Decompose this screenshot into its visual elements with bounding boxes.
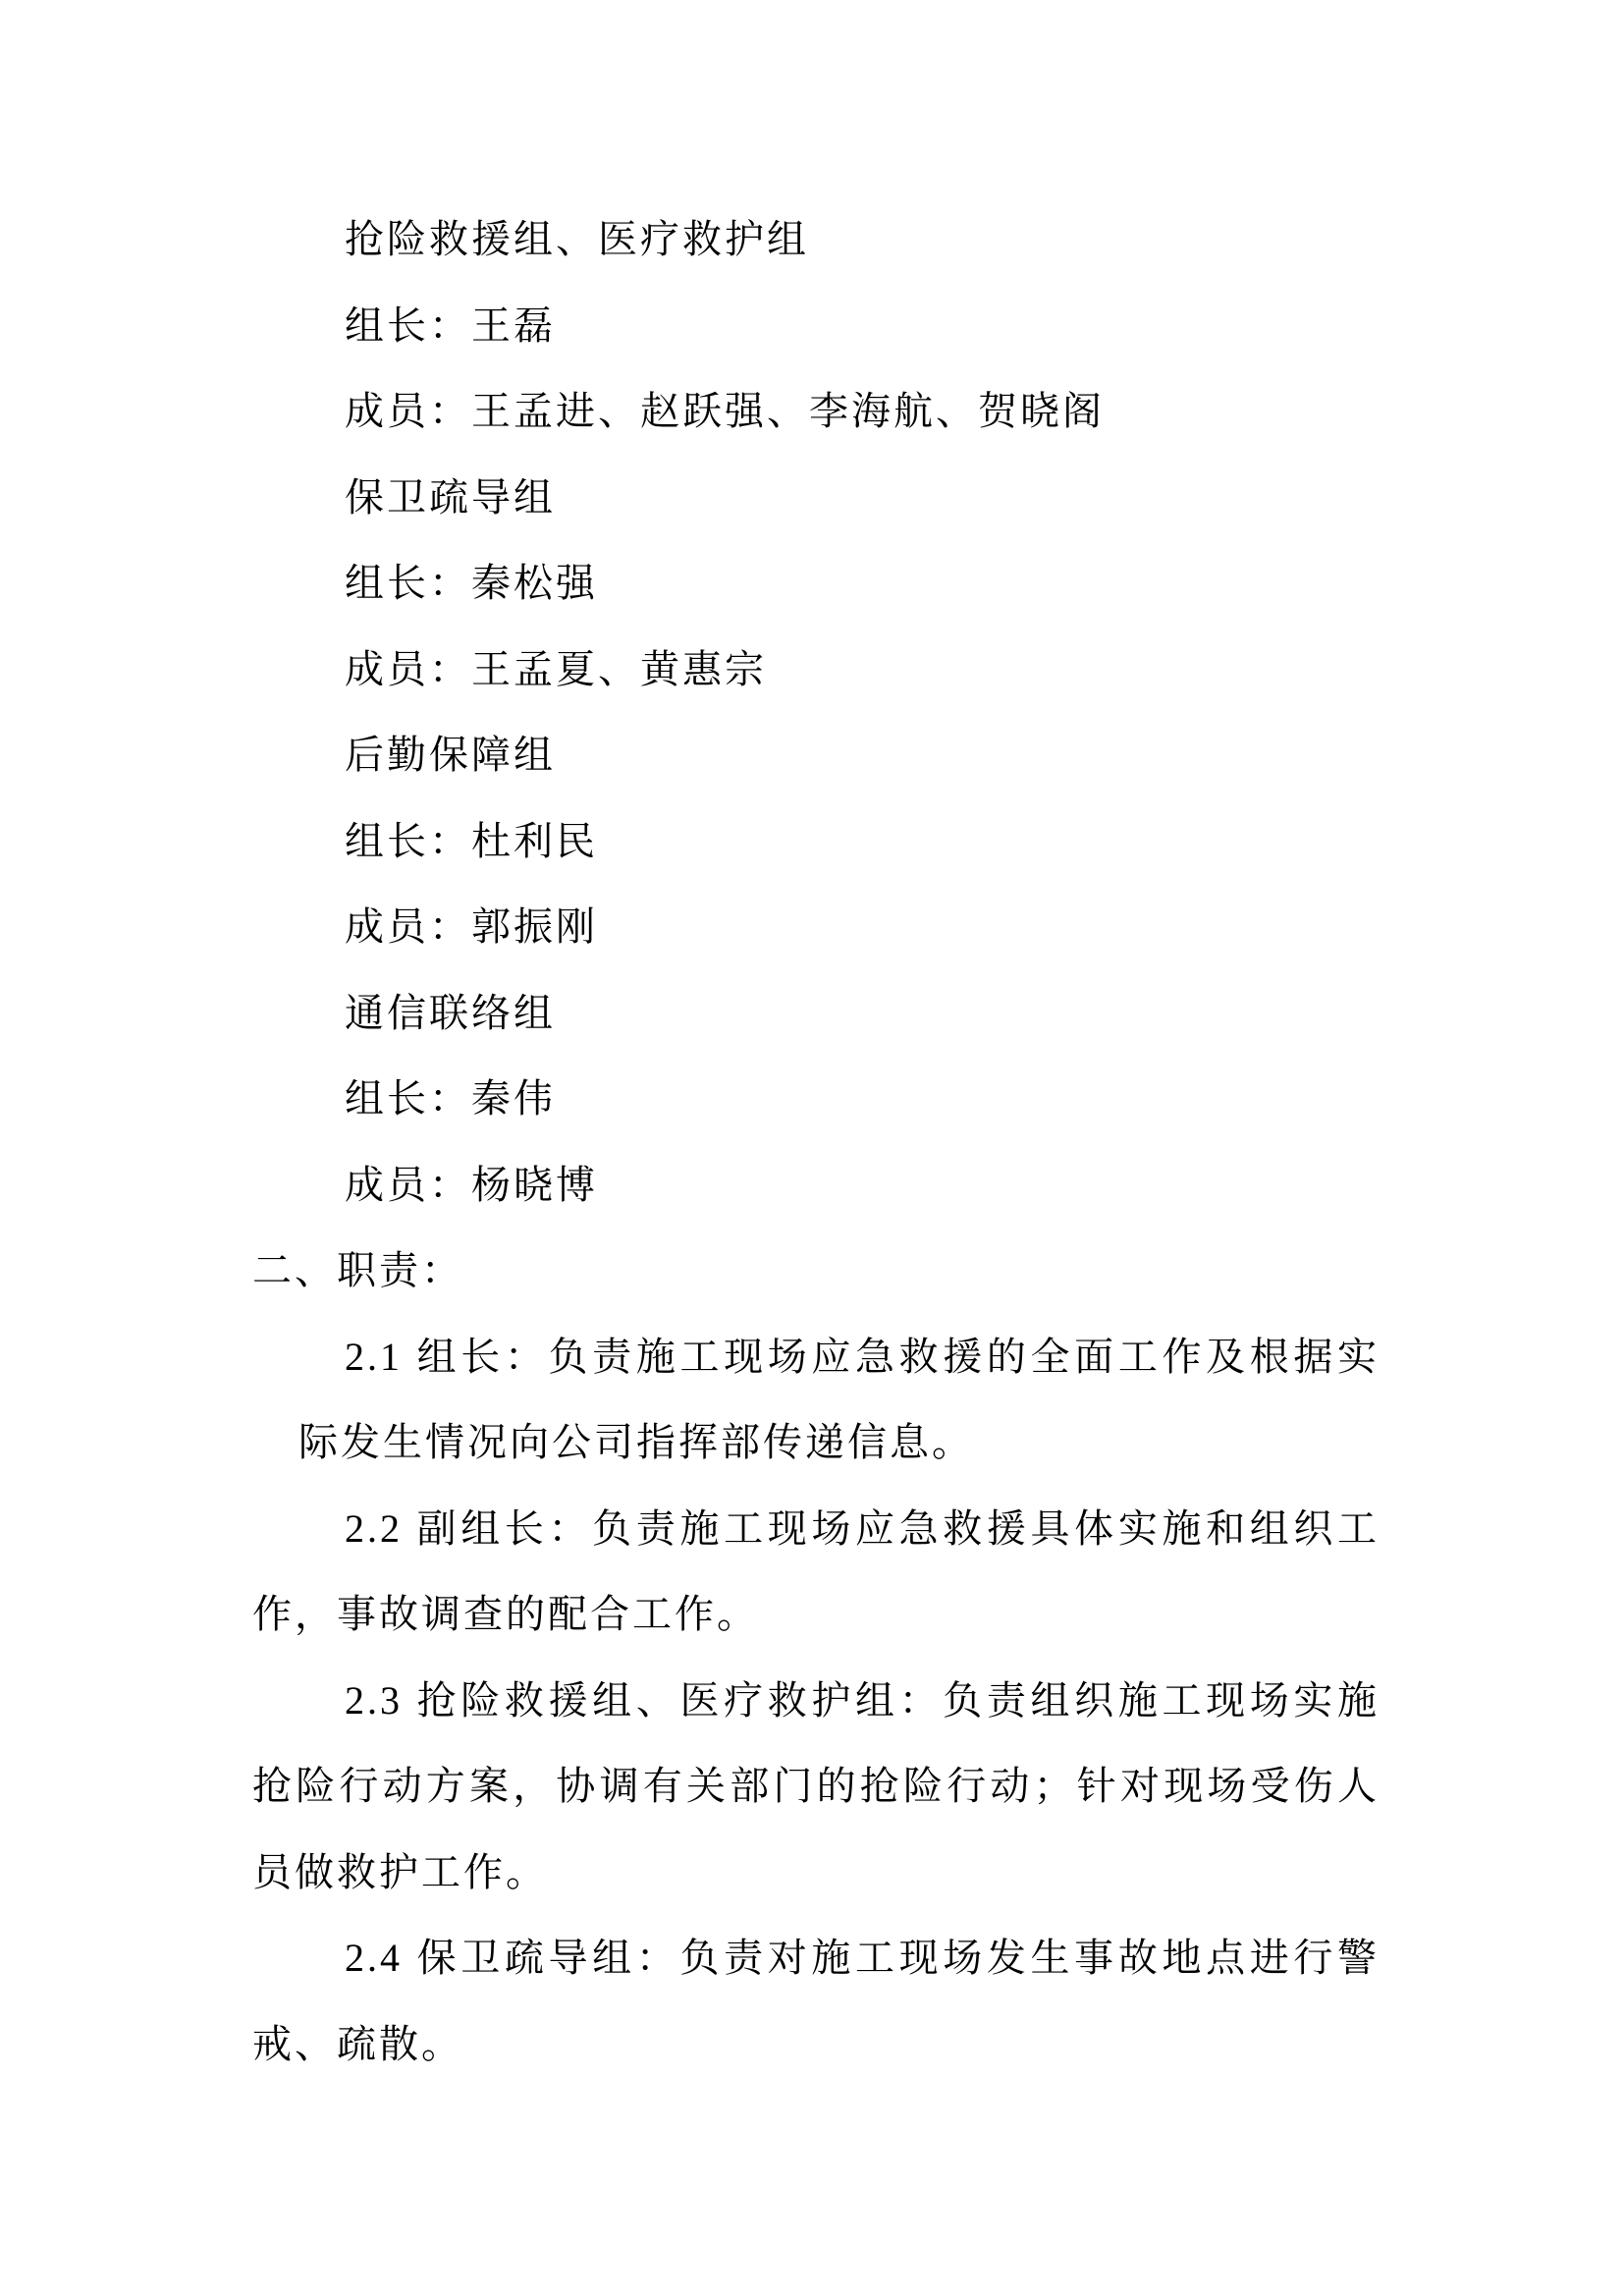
duty-2-3-line-3: 员做救护工作。 [252, 1830, 1380, 1916]
group-members-line: 成员：王孟夏、黄惠宗 [252, 627, 1380, 713]
document-body: 抢险救援组、医疗救护组 组长：王磊 成员：王孟进、赵跃强、李海航、贺晓阁 保卫疏… [252, 196, 1380, 2087]
group-members-line: 成员：郭振刚 [252, 884, 1380, 970]
group-title-rescue-medical: 抢险救援组、医疗救护组 [252, 196, 1380, 283]
duty-2-4-line-2: 戒、疏散。 [252, 2001, 1380, 2088]
group-leader-line: 组长：杜利民 [252, 798, 1380, 885]
duty-2-3-line-2: 抢险行动方案，协调有关部门的抢险行动；针对现场受伤人 [252, 1743, 1380, 1830]
group-members-line: 成员：王孟进、赵跃强、李海航、贺晓阁 [252, 368, 1380, 455]
duty-2-2-line-2: 作，事故调查的配合工作。 [252, 1571, 1380, 1658]
duty-2-3-line-1: 2.3 抢险救援组、医疗救护组：负责组织施工现场实施 [252, 1658, 1380, 1744]
duty-2-2-line-1: 2.2 副组长：负责施工现场应急救援具体实施和组织工 [252, 1486, 1380, 1572]
group-title-communication: 通信联络组 [252, 970, 1380, 1057]
group-title-logistics: 后勤保障组 [252, 712, 1380, 798]
group-leader-line: 组长：秦伟 [252, 1056, 1380, 1142]
group-leader-line: 组长：王磊 [252, 283, 1380, 369]
section-heading-duties: 二、职责： [252, 1228, 1380, 1314]
group-title-security: 保卫疏导组 [252, 455, 1380, 541]
duty-2-4-line-1: 2.4 保卫疏导组：负责对施工现场发生事故地点进行警 [252, 1915, 1380, 2001]
duty-2-1-line-1: 2.1 组长：负责施工现场应急救援的全面工作及根据实 [252, 1314, 1380, 1400]
document-page: 抢险救援组、医疗救护组 组长：王磊 成员：王孟进、赵跃强、李海航、贺晓阁 保卫疏… [0, 0, 1623, 2296]
duty-2-1-line-2: 际发生情况向公司指挥部传递信息。 [252, 1399, 1380, 1486]
group-leader-line: 组长：秦松强 [252, 540, 1380, 627]
group-members-line: 成员：杨晓博 [252, 1142, 1380, 1229]
